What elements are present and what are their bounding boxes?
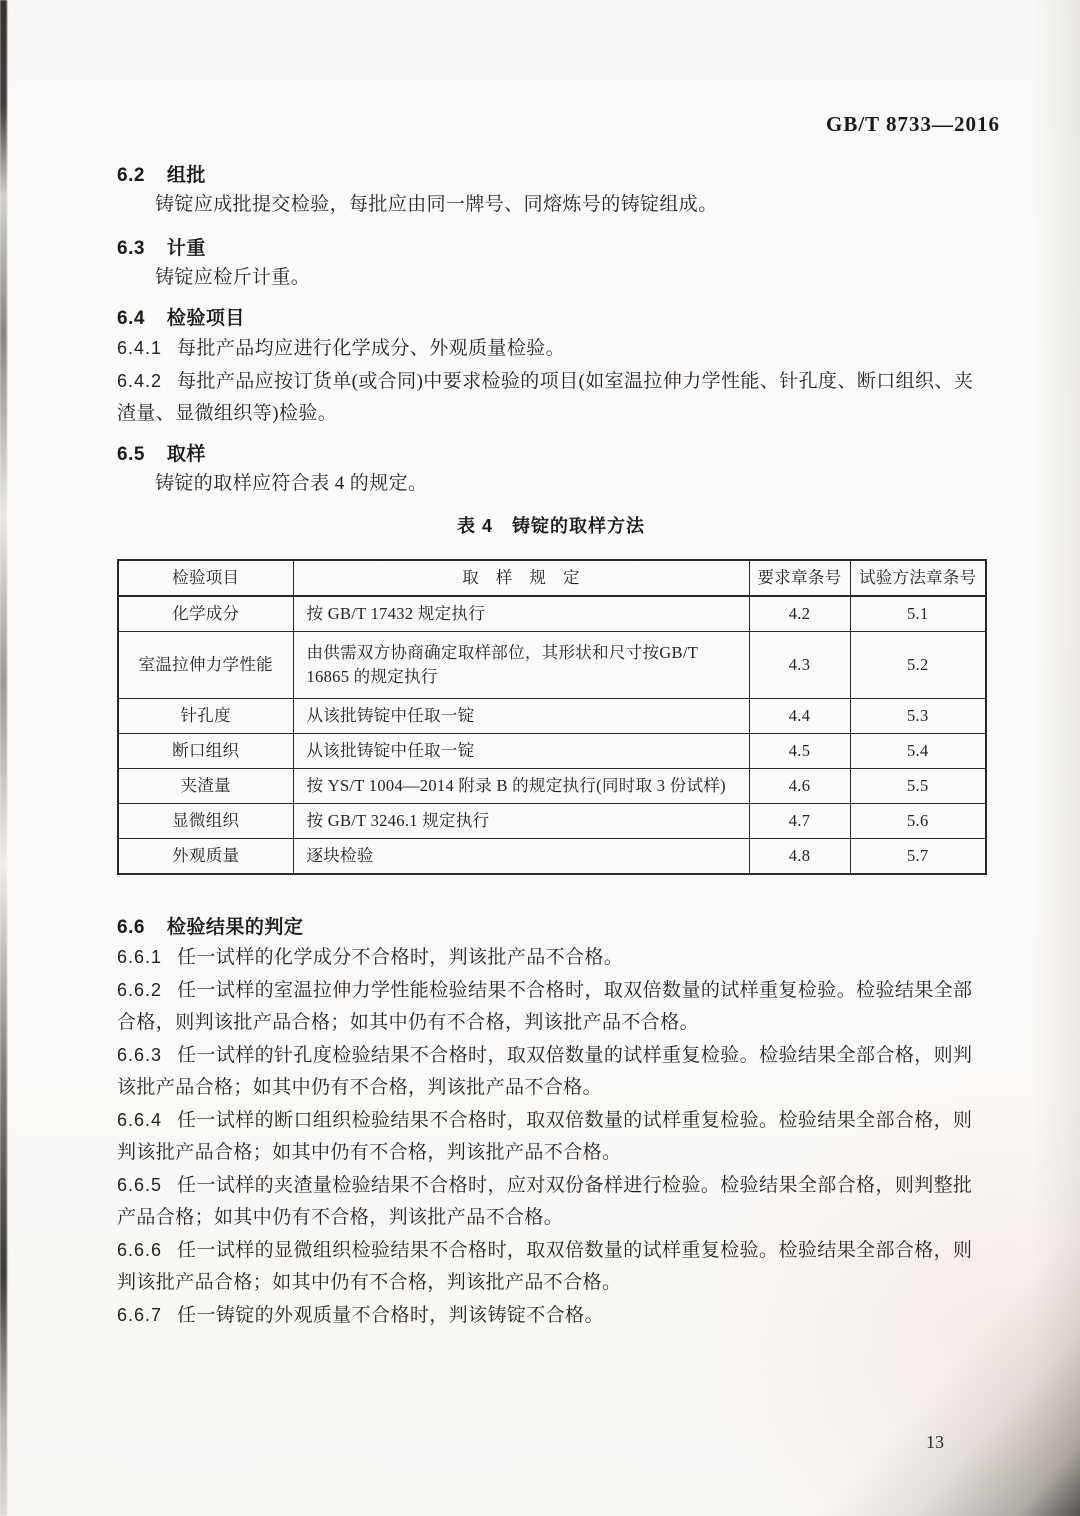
section-number: 6.2 (117, 165, 145, 186)
clause-number: 6.6.2 (117, 980, 162, 1000)
cell-rule: 从该批铸锭中任取一锭 (293, 734, 749, 769)
cell-item: 断口组织 (118, 734, 293, 769)
section-heading-6-3: 6.3计重 (117, 236, 985, 262)
cell-item: 外观质量 (118, 839, 293, 875)
section-number: 6.4 (117, 308, 145, 329)
section-number: 6.3 (117, 238, 145, 259)
clause-6-4-2: 6.4.2每批产品应按订货单(或合同)中要求检验的项目(如室温拉伸力学性能、针孔… (117, 365, 985, 430)
clause-6-6-4: 6.6.4任一试样的断口组织检验结果不合格时，取双倍数量的试样重复检验。检验结果… (117, 1104, 985, 1169)
scanned-document-page: GB/T 8733—2016 6.2组批 铸锭应成批提交检验，每批应由同一牌号、… (0, 0, 1080, 1516)
cell-req: 4.2 (749, 596, 850, 632)
section-heading-6-4: 6.4检验项目 (117, 306, 985, 332)
cell-rule: 按 GB/T 17432 规定执行 (293, 596, 749, 632)
table-row: 针孔度 从该批铸锭中任取一锭 4.4 5.3 (118, 699, 986, 734)
table-row: 断口组织 从该批铸锭中任取一锭 4.5 5.4 (118, 734, 986, 769)
table-row: 室温拉伸力学性能 由供需双方协商确定取样部位，其形状和尺寸按GB/T 16865… (118, 632, 986, 699)
clause-number: 6.6.7 (117, 1305, 162, 1325)
clause-text: 每批产品应按订货单(或合同)中要求检验的项目(如室温拉伸力学性能、针孔度、断口组… (117, 371, 973, 424)
cell-rule: 按 YS/T 1004—2014 附录 B 的规定执行(同时取 3 份试样) (293, 769, 749, 804)
section-heading-6-5: 6.5取样 (117, 442, 985, 468)
cell-req: 4.7 (749, 804, 850, 839)
cell-req: 4.5 (749, 734, 850, 769)
cell-req: 4.3 (749, 632, 850, 699)
cell-rule: 逐块检验 (293, 839, 749, 875)
section-heading-6-6: 6.6检验结果的判定 (117, 915, 985, 941)
clause-text: 每批产品均应进行化学成分、外观质量检验。 (177, 338, 565, 359)
cell-item: 显微组织 (118, 804, 293, 839)
cell-method: 5.7 (850, 839, 986, 875)
clause-text: 任一试样的显微组织检验结果不合格时，取双倍数量的试样重复检验。检验结果全部合格，… (117, 1240, 972, 1293)
clause-6-6-1: 6.6.1任一试样的化学成分不合格时，判该批产品不合格。 (117, 941, 985, 974)
cell-method: 5.2 (850, 632, 986, 699)
cell-rule: 从该批铸锭中任取一锭 (293, 699, 749, 734)
col-header-test-method-clause: 试验方法章条号 (850, 560, 986, 596)
table-row: 夹渣量 按 YS/T 1004—2014 附录 B 的规定执行(同时取 3 份试… (118, 769, 986, 804)
clause-number: 6.4.2 (117, 371, 162, 391)
clause-number: 6.6.5 (117, 1175, 162, 1195)
clause-6-4-1: 6.4.1每批产品均应进行化学成分、外观质量检验。 (117, 332, 985, 365)
clause-6-6-3: 6.6.3任一试样的针孔度检验结果不合格时，取双倍数量的试样重复检验。检验结果全… (117, 1039, 985, 1104)
col-header-inspection-item: 检验项目 (118, 560, 293, 596)
cell-item: 针孔度 (118, 699, 293, 734)
cell-item: 夹渣量 (118, 769, 293, 804)
col-header-requirement-clause: 要求章条号 (749, 560, 850, 596)
section-title: 检验项目 (167, 308, 245, 329)
cell-rule: 由供需双方协商确定取样部位，其形状和尺寸按GB/T 16865 的规定执行 (293, 632, 749, 699)
table-caption: 表 4 铸锭的取样方法 (117, 513, 985, 539)
col-header-sampling-rule: 取 样 规 定 (293, 560, 749, 596)
clause-number: 6.6.1 (117, 947, 162, 967)
page-number: 13 (926, 1431, 944, 1453)
clause-6-6-6: 6.6.6任一试样的显微组织检验结果不合格时，取双倍数量的试样重复检验。检验结果… (117, 1234, 985, 1299)
clause-text: 任一试样的室温拉伸力学性能检验结果不合格时，取双倍数量的试样重复检验。检验结果全… (117, 980, 972, 1033)
clause-text: 任一试样的断口组织检验结果不合格时，取双倍数量的试样重复检验。检验结果全部合格，… (117, 1110, 972, 1163)
section-number: 6.5 (117, 444, 145, 465)
clause-number: 6.6.3 (117, 1045, 162, 1065)
section-title: 检验结果的判定 (167, 917, 304, 938)
section-title: 取样 (167, 444, 206, 465)
table-header-row: 检验项目 取 样 规 定 要求章条号 试验方法章条号 (118, 560, 986, 596)
clause-text: 任一试样的夹渣量检验结果不合格时，应对双份备样进行检验。检验结果全部合格，则判整… (117, 1175, 972, 1228)
table-row: 显微组织 按 GB/T 3246.1 规定执行 4.7 5.6 (118, 804, 986, 839)
section-heading-6-2: 6.2组批 (117, 163, 985, 189)
clause-6-6-2: 6.6.2任一试样的室温拉伸力学性能检验结果不合格时，取双倍数量的试样重复检验。… (117, 974, 985, 1039)
clause-text: 任一试样的化学成分不合格时，判该批产品不合格。 (177, 947, 623, 968)
cell-item: 化学成分 (118, 596, 293, 632)
cell-req: 4.4 (749, 699, 850, 734)
cell-method: 5.3 (850, 699, 986, 734)
clause-text: 任一试样的针孔度检验结果不合格时，取双倍数量的试样重复检验。检验结果全部合格，则… (117, 1045, 972, 1098)
standard-number: GB/T 8733—2016 (826, 112, 1000, 136)
section-number: 6.6 (117, 917, 145, 938)
document-body: 6.2组批 铸锭应成批提交检验，每批应由同一牌号、同熔炼号的铸锭组成。 6.3计… (117, 163, 985, 1332)
clause-number: 6.6.4 (117, 1110, 162, 1130)
clause-6-6-5: 6.6.5任一试样的夹渣量检验结果不合格时，应对双份备样进行检验。检验结果全部合… (117, 1169, 985, 1234)
cell-item: 室温拉伸力学性能 (118, 632, 293, 699)
sampling-method-table: 检验项目 取 样 规 定 要求章条号 试验方法章条号 化学成分 按 GB/T 1… (117, 559, 987, 875)
cell-method: 5.6 (850, 804, 986, 839)
clause-number: 6.4.1 (117, 338, 162, 358)
paragraph-6-5: 铸锭的取样应符合表 4 的规定。 (117, 468, 985, 500)
cell-method: 5.5 (850, 769, 986, 804)
cell-req: 4.6 (749, 769, 850, 804)
section-title: 计重 (167, 238, 206, 259)
cell-method: 5.1 (850, 596, 986, 632)
cell-req: 4.8 (749, 839, 850, 875)
table-row: 化学成分 按 GB/T 17432 规定执行 4.2 5.1 (118, 596, 986, 632)
clause-6-6-7: 6.6.7任一铸锭的外观质量不合格时，判该铸锭不合格。 (117, 1299, 985, 1332)
paragraph-6-2: 铸锭应成批提交检验，每批应由同一牌号、同熔炼号的铸锭组成。 (117, 189, 985, 221)
paragraph-6-3: 铸锭应检斤计重。 (117, 262, 985, 294)
scan-binding-edge-artifact (0, 0, 7, 1516)
table-row: 外观质量 逐块检验 4.8 5.7 (118, 839, 986, 875)
section-title: 组批 (167, 165, 206, 186)
clause-text: 任一铸锭的外观质量不合格时，判该铸锭不合格。 (177, 1305, 604, 1326)
cell-method: 5.4 (850, 734, 986, 769)
clause-number: 6.6.6 (117, 1240, 162, 1260)
cell-rule: 按 GB/T 3246.1 规定执行 (293, 804, 749, 839)
